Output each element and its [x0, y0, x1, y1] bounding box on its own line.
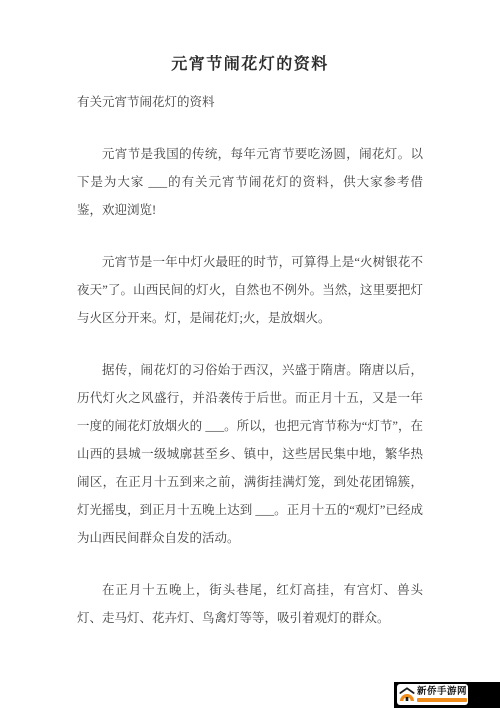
watermark-patch: 新侨手游网 — [394, 682, 500, 708]
paragraph-lantern-fire: 元宵节是一年中灯火最旺的时节，可算得上是“火树银花不夜天”了。山西民间的灯火，自… — [77, 248, 423, 332]
watermark-url-bar — [417, 698, 467, 702]
watermark-site-name: 新侨手游网 — [417, 687, 467, 697]
document-title: 元宵节闹花灯的资料 — [77, 52, 423, 78]
paragraph-history: 据传，闹花灯的习俗始于西汉，兴盛于隋唐。隋唐以后，历代灯火之风盛行，并沿袭传于后… — [77, 356, 423, 552]
house-arch-icon — [399, 687, 415, 703]
paragraph-lantern-types: 在正月十五晚上，街头巷尾，红灯高挂，有宫灯、兽头灯、走马灯、花卉灯、鸟禽灯等等，… — [77, 576, 423, 632]
paragraph-intro: 元宵节是我国的传统，每年元宵节要吃汤圆，闹花灯。以下是为大家 ___的有关元宵节… — [77, 140, 423, 224]
document-page: 元宵节闹花灯的资料 有关元宵节闹花灯的资料 元宵节是我国的传统，每年元宵节要吃汤… — [0, 0, 500, 708]
document-body: 元宵节闹花灯的资料 有关元宵节闹花灯的资料 元宵节是我国的传统，每年元宵节要吃汤… — [77, 52, 423, 632]
watermark-text-block: 新侨手游网 — [417, 687, 467, 702]
watermark-logo: 新侨手游网 — [397, 684, 468, 705]
document-subtitle: 有关元宵节闹花灯的资料 — [77, 88, 423, 116]
